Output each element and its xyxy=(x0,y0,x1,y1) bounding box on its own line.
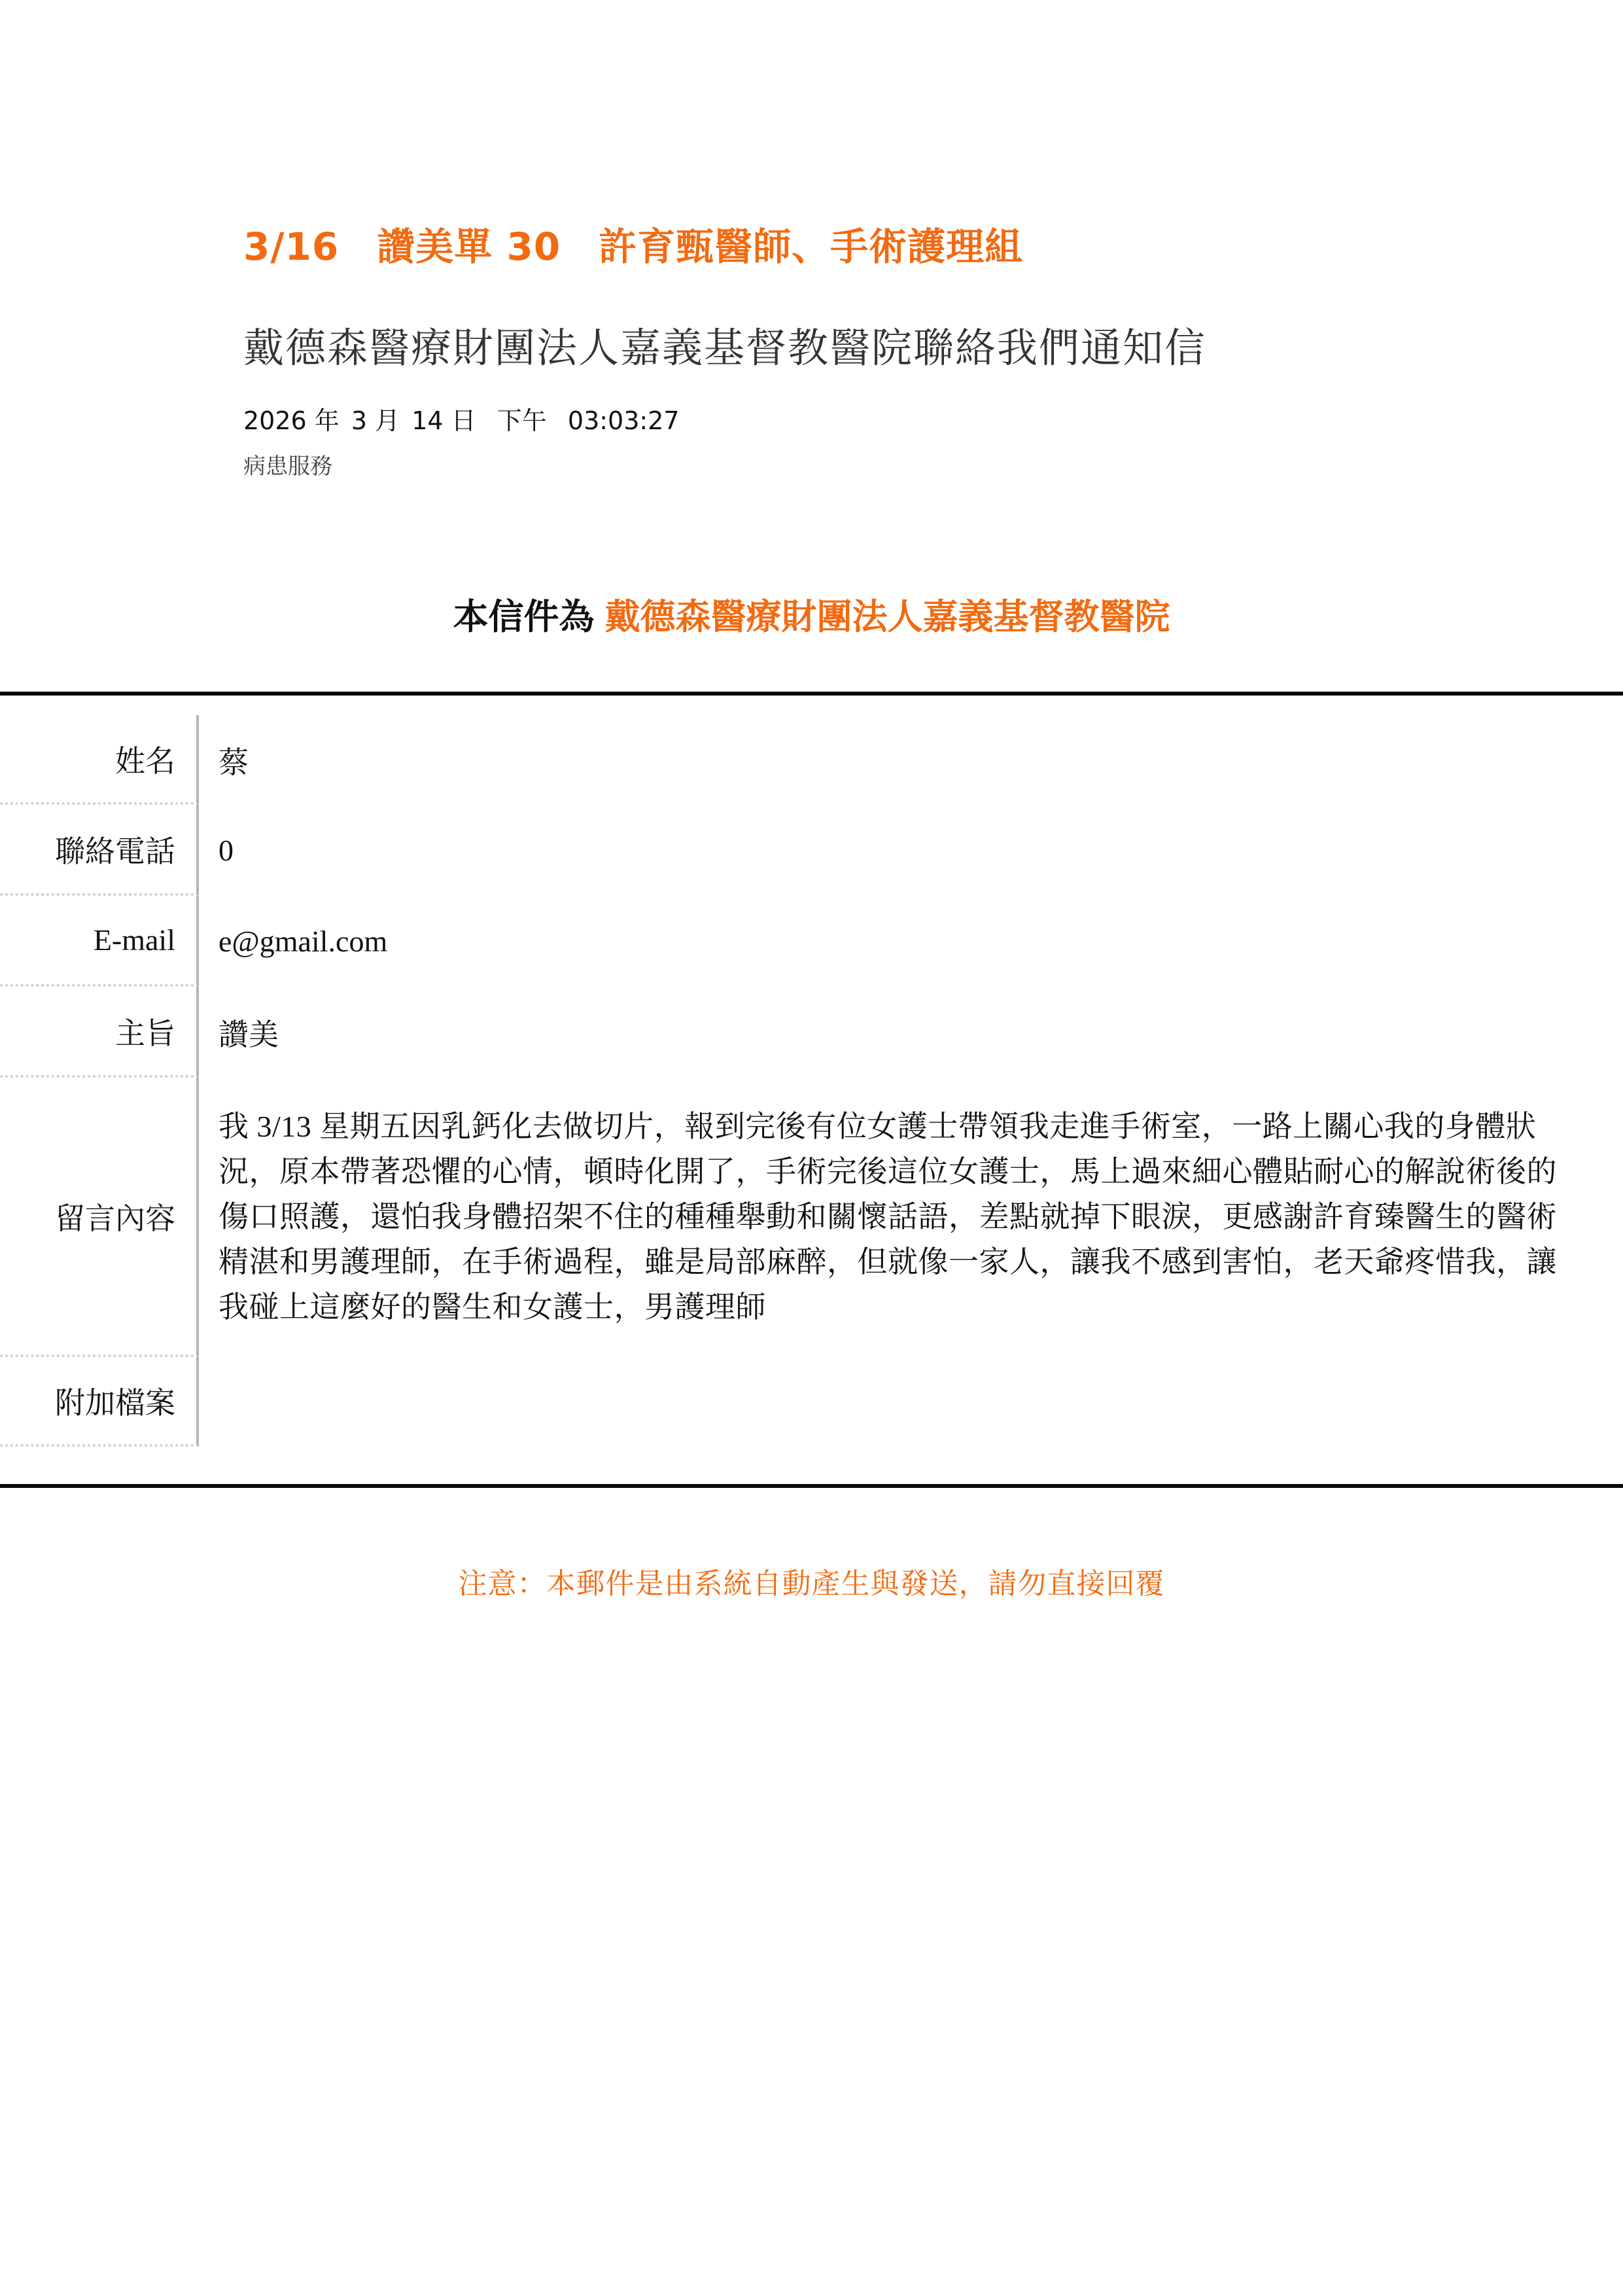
email-subject: 戴德森醫療財團法人嘉義基督教醫院聯絡我們通知信 xyxy=(243,315,1206,374)
field-value-subject: 讚美 xyxy=(199,987,1623,1078)
title-recipients: 許育甄醫師、手術護理組 xyxy=(599,224,1023,269)
sender-heading: 本信件為戴德森醫療財團法人嘉義基督教醫院 xyxy=(0,589,1623,639)
auto-generated-notice: 注意：本郵件是由系統自動產生與發送，請勿直接回覆 xyxy=(0,1560,1623,1602)
field-label: E-mail xyxy=(0,896,199,987)
field-value-attachment xyxy=(199,1357,1623,1447)
title-type: 讚美單 30 xyxy=(377,224,561,269)
field-label: 主旨 xyxy=(0,987,199,1078)
field-label: 留言內容 xyxy=(0,1078,199,1357)
field-label: 附加檔案 xyxy=(0,1357,199,1447)
date-day: 14 日 xyxy=(411,406,476,435)
sent-datetime: 2026 年 3 月 14 日 下午 03:03:27 xyxy=(243,400,684,436)
field-value-phone: 0 xyxy=(199,805,1623,896)
table-row: 姓名 蔡 xyxy=(0,715,1623,805)
date-year: 2026 年 xyxy=(243,406,340,435)
bottom-divider xyxy=(0,1484,1623,1488)
date-time: 03:03:27 xyxy=(568,406,680,435)
contact-form-table: 姓名 蔡 聯絡電話 0 E-mail e@gmail.com 主旨 讚美 留言內… xyxy=(0,715,1623,1447)
table-row: 附加檔案 xyxy=(0,1357,1623,1447)
table-row: 主旨 讚美 xyxy=(0,987,1623,1078)
table-row: 留言內容 我 3/13 星期五因乳鈣化去做切片，報到完後有位女護士帶領我走進手術… xyxy=(0,1078,1623,1357)
sender-prefix: 本信件為 xyxy=(453,596,595,637)
field-value-name: 蔡 xyxy=(199,715,1623,805)
date-period: 下午 xyxy=(497,406,547,435)
table-row: E-mail e@gmail.com xyxy=(0,896,1623,987)
category-label: 病患服務 xyxy=(243,448,332,480)
table-row: 聯絡電話 0 xyxy=(0,805,1623,896)
title-date: 3/16 xyxy=(243,224,339,269)
date-month: 3 月 xyxy=(351,406,400,435)
sender-organization: 戴德森醫療財團法人嘉義基督教醫院 xyxy=(605,596,1170,637)
field-label: 聯絡電話 xyxy=(0,805,199,896)
field-value-email[interactable]: e@gmail.com xyxy=(199,896,1623,987)
page-title: 3/16讚美單 30許育甄醫師、手術護理組 xyxy=(243,216,1023,271)
field-value-message: 我 3/13 星期五因乳鈣化去做切片，報到完後有位女護士帶領我走進手術室，一路上… xyxy=(199,1078,1599,1357)
field-label: 姓名 xyxy=(0,715,199,805)
top-divider xyxy=(0,692,1623,696)
